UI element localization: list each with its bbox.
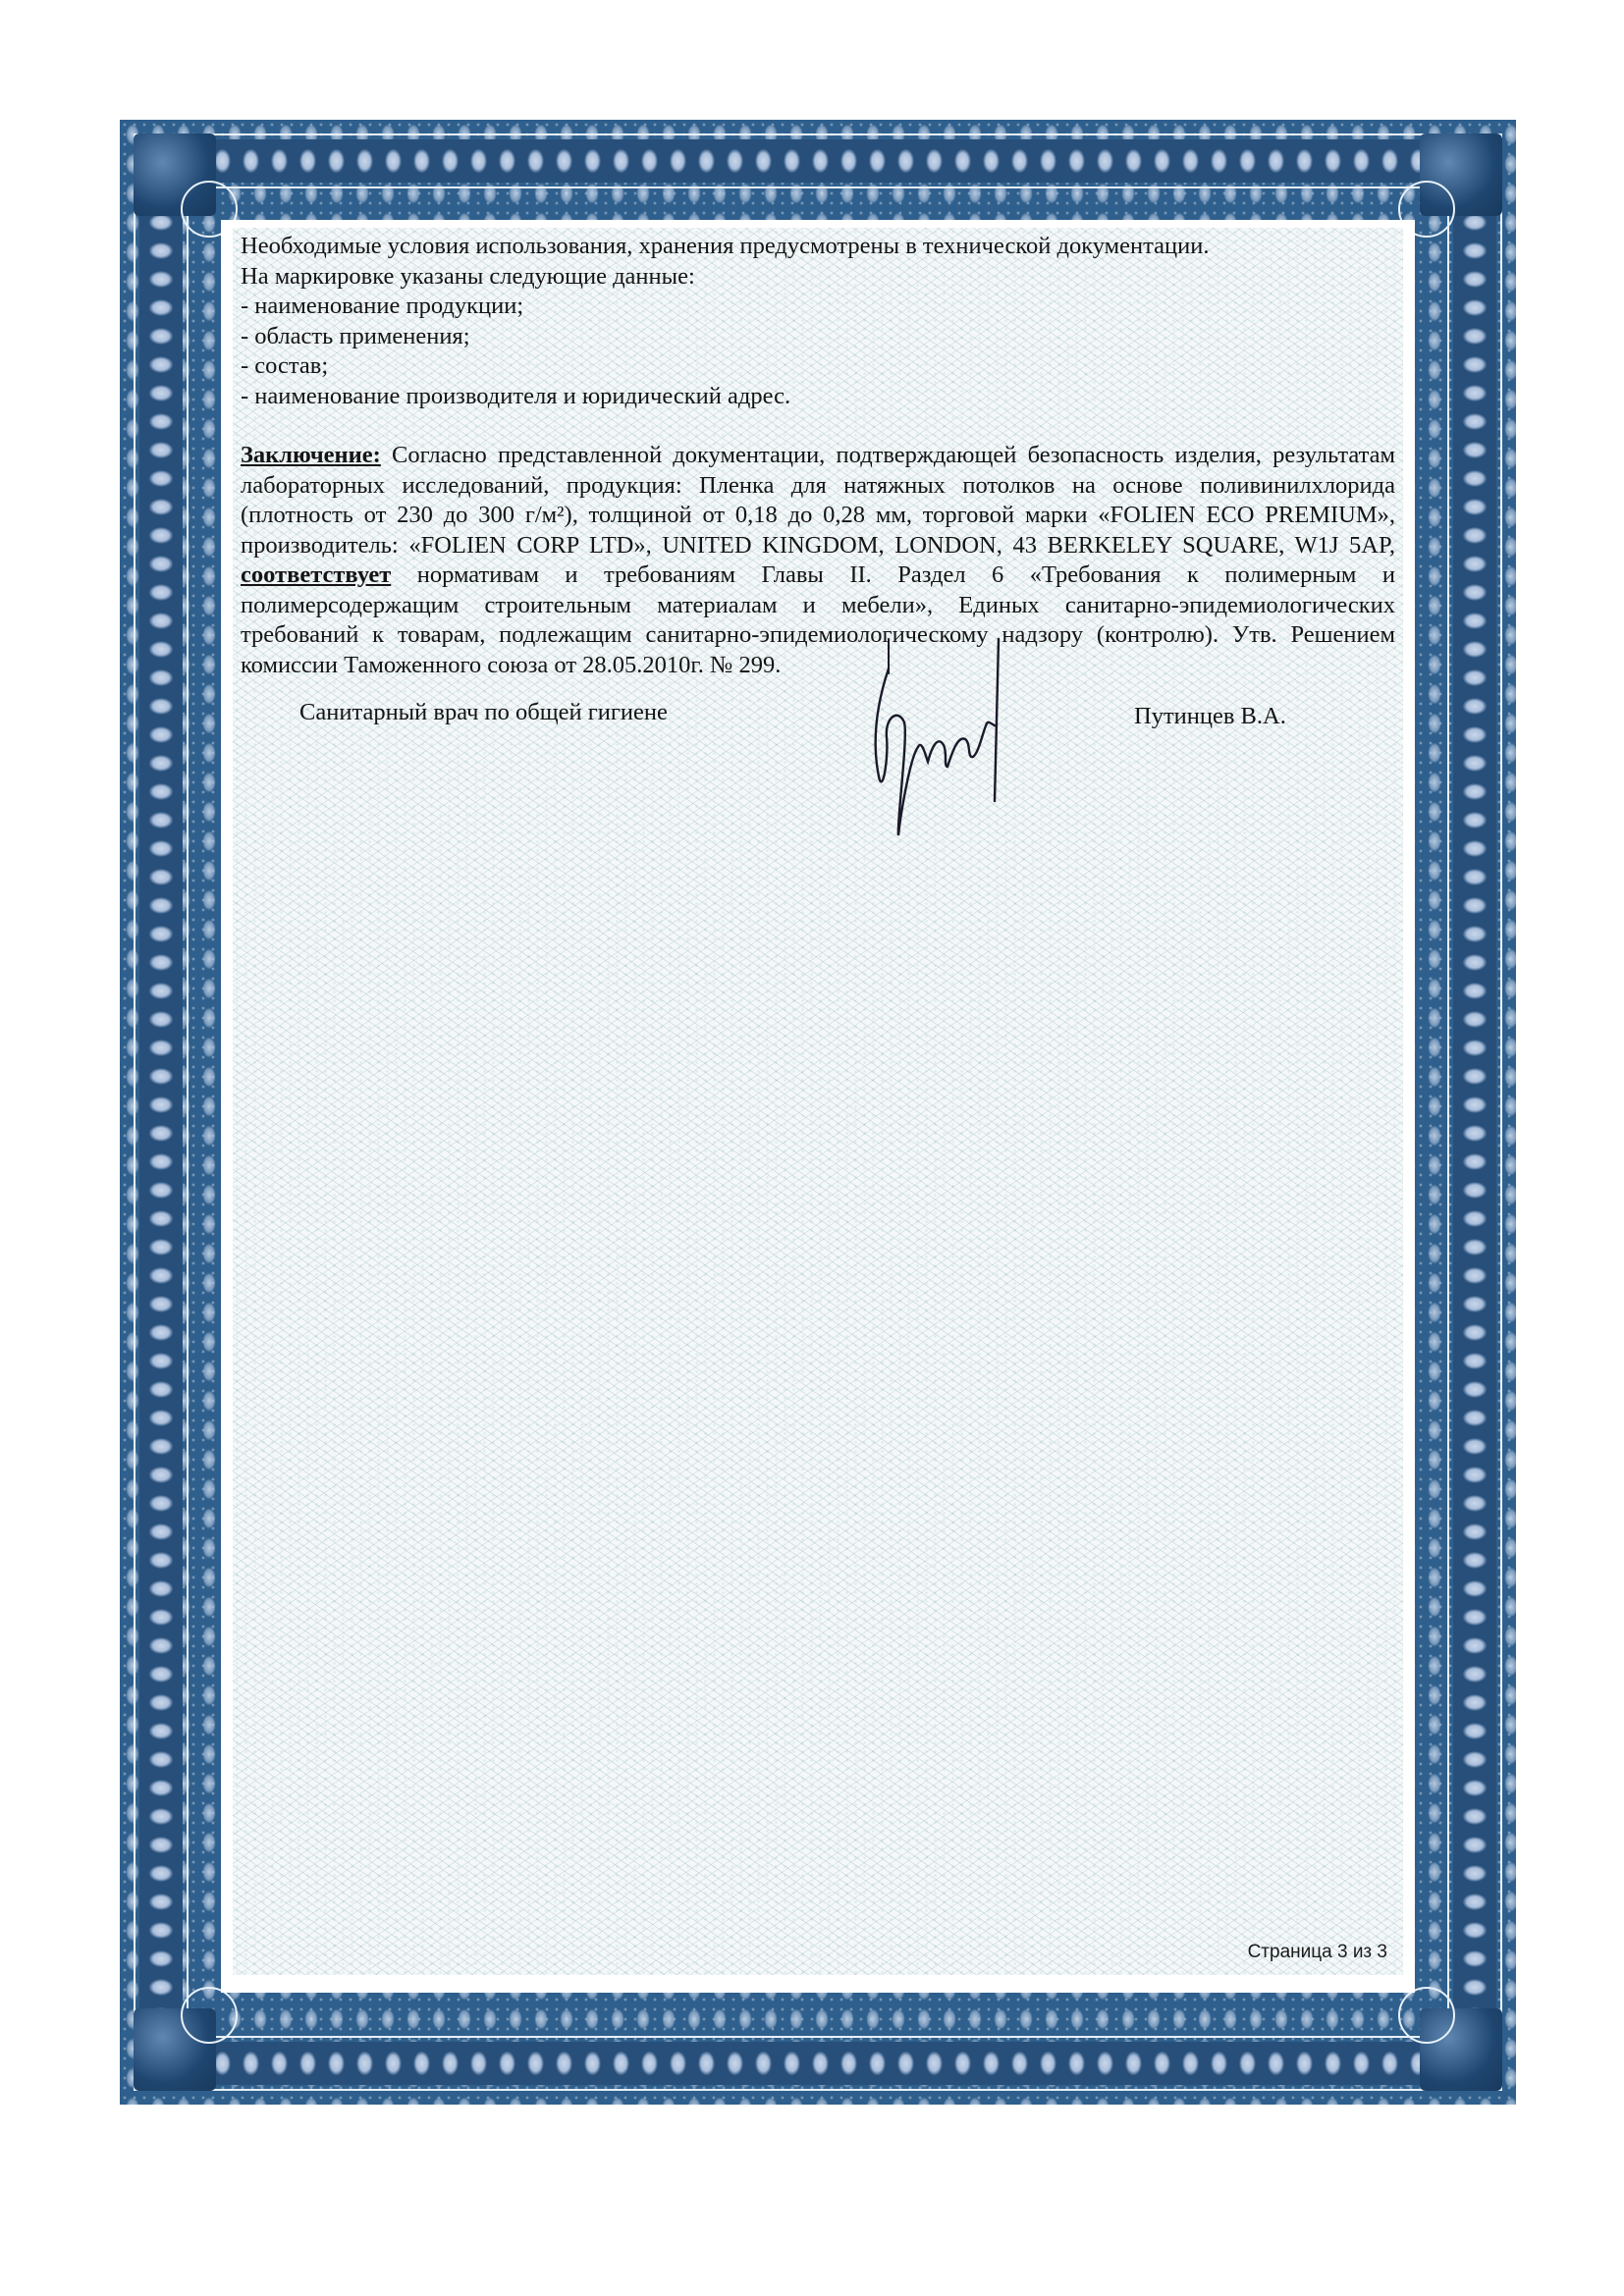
complies-verdict: соответствует: [241, 561, 391, 588]
frame-band-top: [208, 139, 1428, 183]
labeling-item: - состав;: [241, 351, 1395, 382]
page-number: Страница 3 из 3: [1248, 1942, 1387, 1963]
conclusion-label: Заключение:: [241, 442, 381, 468]
document-body: Необходимые условия использования, хране…: [241, 232, 1395, 855]
frame-band-right: [1453, 208, 1496, 2016]
labeling-item: - наименование производителя и юридическ…: [241, 382, 1395, 412]
spacer: [241, 411, 1395, 441]
conclusion-paragraph: Заключение: Согласно представленной доку…: [241, 441, 1395, 680]
conclusion-text-continued: нормативам и требованиям Главы II. Разде…: [241, 561, 1395, 678]
corner-ornament-icon: [134, 2008, 216, 2091]
corner-ornament-icon: [1420, 2008, 1502, 2091]
labeling-heading: На маркировке указаны следующие данные:: [241, 262, 1395, 293]
handwritten-signature-icon: [849, 629, 1016, 855]
frame-band-left: [139, 208, 183, 2016]
conclusion-text: Согласно представленной документации, по…: [241, 442, 1395, 559]
signer-title: Санитарный врач по общей гигиене: [299, 698, 668, 728]
labeling-item: - область применения;: [241, 322, 1395, 352]
corner-ornament-icon: [134, 133, 216, 216]
corner-ornament-icon: [1420, 133, 1502, 216]
frame-band-bottom: [208, 2042, 1428, 2085]
signer-name: Путинцев В.А.: [1134, 702, 1286, 732]
signature-block: Санитарный врач по общей гигиене Путинце…: [241, 698, 1395, 855]
document-page: Необходимые условия использования, хране…: [221, 220, 1415, 1993]
labeling-item: - наименование продукции;: [241, 292, 1395, 322]
intro-paragraph: Необходимые условия использования, хране…: [241, 232, 1395, 262]
